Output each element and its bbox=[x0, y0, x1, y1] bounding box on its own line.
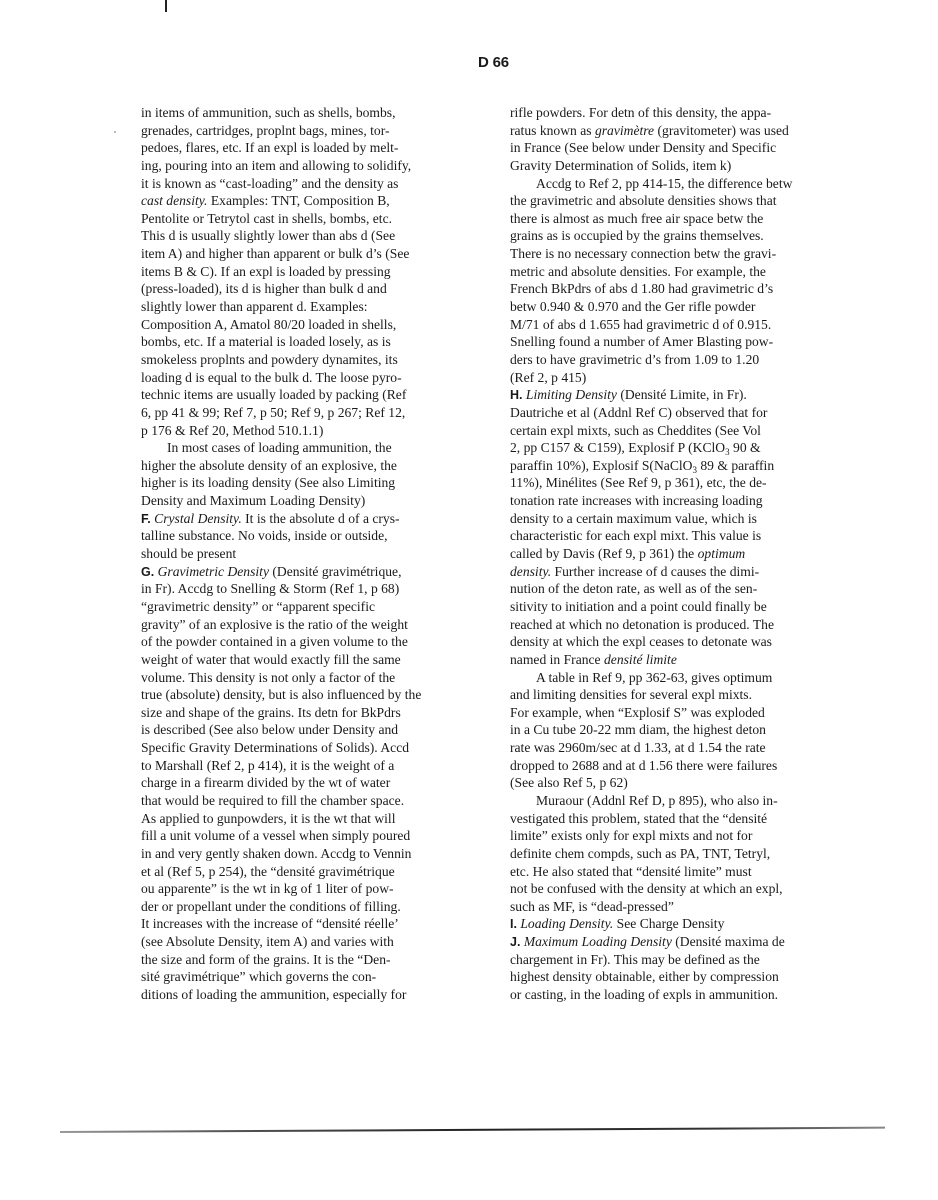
text-line: (Ref 2, p 415) bbox=[510, 369, 855, 387]
scan-speck bbox=[114, 131, 116, 133]
text-line: In most cases of loading ammunition, the bbox=[141, 439, 496, 457]
text-line: loading d is equal to the bulk d. The lo… bbox=[141, 369, 496, 387]
text-line: characteristic for each expl mixt. This … bbox=[510, 527, 855, 545]
text-line: Specific Gravity Determinations of Solid… bbox=[141, 739, 496, 757]
text-run: 89 & paraffin bbox=[697, 458, 774, 473]
text-line: J. Maximum Loading Density (Densité maxi… bbox=[510, 933, 855, 951]
text-line: rate was 2960m/sec at d 1.33, at d 1.54 … bbox=[510, 739, 855, 757]
text-line: “gravimetric density” or “apparent speci… bbox=[141, 598, 496, 616]
text-line: higher the absolute density of an explos… bbox=[141, 457, 496, 475]
text-line: paraffin 10%), Explosif S(NaClO3 89 & pa… bbox=[510, 457, 855, 475]
text-line: called by Davis (Ref 9, p 361) the optim… bbox=[510, 545, 855, 563]
text-line: nution of the deton rate, as well as of … bbox=[510, 580, 855, 598]
text-line: bombs, etc. If a material is loaded lose… bbox=[141, 333, 496, 351]
text-line: density to a certain maximum value, whic… bbox=[510, 510, 855, 528]
text-line: talline substance. No voids, inside or o… bbox=[141, 527, 496, 545]
text-line: G. Gravimetric Density (Densité gravimét… bbox=[141, 563, 496, 581]
text-run: (Densité Limite, in Fr). bbox=[617, 387, 747, 402]
text-line: limite” exists only for expl mixts and n… bbox=[510, 827, 855, 845]
italic-term: Crystal Density. bbox=[154, 511, 242, 526]
section-letter: I. bbox=[510, 917, 517, 931]
text-line: in items of ammunition, such as shells, … bbox=[141, 104, 496, 122]
text-line: There is no necessary connection betw th… bbox=[510, 245, 855, 263]
right-column: rifle powders. For detn of this density,… bbox=[510, 104, 855, 1004]
text-line: tonation rate increases with increasing … bbox=[510, 492, 855, 510]
text-line: vestigated this problem, stated that the… bbox=[510, 810, 855, 828]
text-line: sité gravimétrique” which governs the co… bbox=[141, 968, 496, 986]
text-line: p 176 & Ref 20, Method 510.1.1) bbox=[141, 422, 496, 440]
text-line: It increases with the increase of “densi… bbox=[141, 915, 496, 933]
text-line: weight of water that would exactly fill … bbox=[141, 651, 496, 669]
text-line: As applied to gunpowders, it is the wt t… bbox=[141, 810, 496, 828]
section-letter: J. bbox=[510, 935, 520, 949]
page-number: D 66 bbox=[478, 54, 509, 71]
text-line: ders to have gravimetric d’s from 1.09 t… bbox=[510, 351, 855, 369]
text-line: technic items are usually loaded by pack… bbox=[141, 386, 496, 404]
text-line: items B & C). If an expl is loaded by pr… bbox=[141, 263, 496, 281]
text-line: such as MF, is “dead-pressed” bbox=[510, 898, 855, 916]
text-run: See Charge Density bbox=[613, 916, 724, 931]
text-run: (gravitometer) was used bbox=[654, 123, 789, 138]
text-line: Composition A, Amatol 80/20 loaded in sh… bbox=[141, 316, 496, 334]
text-line: et al (Ref 5, p 254), the “densité gravi… bbox=[141, 863, 496, 881]
text-run: paraffin 10%), Explosif S(NaClO bbox=[510, 458, 692, 473]
text-line: M/71 of abs d 1.655 had gravimetric d of… bbox=[510, 316, 855, 334]
text-line: (See also Ref 5, p 62) bbox=[510, 774, 855, 792]
left-column: in items of ammunition, such as shells, … bbox=[141, 104, 496, 1004]
text-line: should be present bbox=[141, 545, 496, 563]
text-line: in a Cu tube 20-22 mm diam, the highest … bbox=[510, 721, 855, 739]
text-line: definite chem compds, such as PA, TNT, T… bbox=[510, 845, 855, 863]
text-line: slightly lower than apparent d. Examples… bbox=[141, 298, 496, 316]
text-line: chargement in Fr). This may be defined a… bbox=[510, 951, 855, 969]
text-line: density at which the expl ceases to deto… bbox=[510, 633, 855, 651]
text-line: Accdg to Ref 2, pp 414-15, the differenc… bbox=[510, 175, 855, 193]
text-line: item A) and higher than apparent or bulk… bbox=[141, 245, 496, 263]
text-line: and limiting densities for several expl … bbox=[510, 686, 855, 704]
italic-term: optimum bbox=[698, 546, 746, 561]
text-line: I. Loading Density. See Charge Density bbox=[510, 915, 855, 933]
text-line: etc. He also stated that “densité limite… bbox=[510, 863, 855, 881]
italic-term: cast density. bbox=[141, 193, 207, 208]
text-line: sitivity to initiation and a point could… bbox=[510, 598, 855, 616]
text-line: 2, pp C157 & C159), Explosif P (KClO3 90… bbox=[510, 439, 855, 457]
text-line: grenades, cartridges, proplnt bags, mine… bbox=[141, 122, 496, 140]
section-letter: G. bbox=[141, 565, 154, 579]
text-line: there is almost as much free air space b… bbox=[510, 210, 855, 228]
text-line: betw 0.940 & 0.970 and the Ger rifle pow… bbox=[510, 298, 855, 316]
text-line: Muraour (Addnl Ref D, p 895), who also i… bbox=[510, 792, 855, 810]
text-line: charge in a firearm divided by the wt of… bbox=[141, 774, 496, 792]
text-line: volume. This density is not only a facto… bbox=[141, 669, 496, 687]
text-line: Dautriche et al (Addnl Ref C) observed t… bbox=[510, 404, 855, 422]
section-letter: F. bbox=[141, 512, 151, 526]
text-line: Pentolite or Tetrytol cast in shells, bo… bbox=[141, 210, 496, 228]
text-line: fill a unit volume of a vessel when simp… bbox=[141, 827, 496, 845]
text-line: that would be required to fill the chamb… bbox=[141, 792, 496, 810]
text-line: named in France densité limite bbox=[510, 651, 855, 669]
text-line: grains as is occupied by the grains them… bbox=[510, 227, 855, 245]
text-line: it is known as “cast-loading” and the de… bbox=[141, 175, 496, 193]
text-line: higher is its loading density (See also … bbox=[141, 474, 496, 492]
text-line: For example, when “Explosif S” was explo… bbox=[510, 704, 855, 722]
text-line: cast density. Examples: TNT, Composition… bbox=[141, 192, 496, 210]
text-line: certain expl mixts, such as Cheddites (S… bbox=[510, 422, 855, 440]
text-line: in and very gently shaken down. Accdg to… bbox=[141, 845, 496, 863]
section-letter: H. bbox=[510, 388, 523, 402]
text-line: the gravimetric and absolute densities s… bbox=[510, 192, 855, 210]
text-line: smokeless proplnts and powdery dynamites… bbox=[141, 351, 496, 369]
italic-term: Gravimetric Density bbox=[158, 564, 269, 579]
text-line: 6, pp 41 & 99; Ref 7, p 50; Ref 9, p 267… bbox=[141, 404, 496, 422]
text-line: true (absolute) density, but is also inf… bbox=[141, 686, 496, 704]
text-line: Density and Maximum Loading Density) bbox=[141, 492, 496, 510]
text-run: 90 & bbox=[730, 440, 761, 455]
text-line: reached at which no detonation is produc… bbox=[510, 616, 855, 634]
text-run: ratus known as bbox=[510, 123, 595, 138]
footer-rule bbox=[60, 1127, 885, 1133]
text-line: French BkPdrs of abs d 1.80 had gravimet… bbox=[510, 280, 855, 298]
text-line: rifle powders. For detn of this density,… bbox=[510, 104, 855, 122]
italic-term: gravimètre bbox=[595, 123, 654, 138]
italic-term: Maximum Loading Density bbox=[524, 934, 672, 949]
text-line: size and shape of the grains. Its detn f… bbox=[141, 704, 496, 722]
italic-term: Limiting Density bbox=[526, 387, 617, 402]
text-line: 11%), Minélites (See Ref 9, p 361), etc,… bbox=[510, 474, 855, 492]
text-line: (see Absolute Density, item A) and varie… bbox=[141, 933, 496, 951]
text-line: highest density obtainable, either by co… bbox=[510, 968, 855, 986]
text-run: Examples: TNT, Composition B, bbox=[207, 193, 389, 208]
text-line: Snelling found a number of Amer Blasting… bbox=[510, 333, 855, 351]
text-line: This d is usually slightly lower than ab… bbox=[141, 227, 496, 245]
text-line: to Marshall (Ref 2, p 414), it is the we… bbox=[141, 757, 496, 775]
text-line: der or propellant under the conditions o… bbox=[141, 898, 496, 916]
text-line: of the powder contained in a given volum… bbox=[141, 633, 496, 651]
text-line: not be confused with the density at whic… bbox=[510, 880, 855, 898]
text-line: ditions of loading the ammunition, espec… bbox=[141, 986, 496, 1004]
text-line: Gravity Determination of Solids, item k) bbox=[510, 157, 855, 175]
italic-term: Loading Density. bbox=[520, 916, 613, 931]
text-line: ratus known as gravimètre (gravitometer)… bbox=[510, 122, 855, 140]
text-line: the size and form of the grains. It is t… bbox=[141, 951, 496, 969]
text-line: pedoes, flares, etc. If an expl is loade… bbox=[141, 139, 496, 157]
text-line: is described (See also below under Densi… bbox=[141, 721, 496, 739]
text-line: in France (See below under Density and S… bbox=[510, 139, 855, 157]
text-run: 2, pp C157 & C159), Explosif P (KClO bbox=[510, 440, 725, 455]
text-line: or casting, in the loading of expls in a… bbox=[510, 986, 855, 1004]
text-run: named in France bbox=[510, 652, 604, 667]
italic-term: density. bbox=[510, 564, 551, 579]
text-line: F. Crystal Density. It is the absolute d… bbox=[141, 510, 496, 528]
text-run: Further increase of d causes the dimi- bbox=[551, 564, 759, 579]
text-run: (Densité maxima de bbox=[672, 934, 785, 949]
text-line: A table in Ref 9, pp 362-63, gives optim… bbox=[510, 669, 855, 687]
text-line: metric and absolute densities. For examp… bbox=[510, 263, 855, 281]
text-run: called by Davis (Ref 9, p 361) the bbox=[510, 546, 698, 561]
text-line: density. Further increase of d causes th… bbox=[510, 563, 855, 581]
text-line: ing, pouring into an item and allowing t… bbox=[141, 157, 496, 175]
text-line: in Fr). Accdg to Snelling & Storm (Ref 1… bbox=[141, 580, 496, 598]
text-line: ou apparente” is the wt in kg of 1 liter… bbox=[141, 880, 496, 898]
text-run: It is the absolute d of a crys- bbox=[242, 511, 400, 526]
text-line: dropped to 2688 and at d 1.56 there were… bbox=[510, 757, 855, 775]
italic-term: densité limite bbox=[604, 652, 677, 667]
text-line: H. Limiting Density (Densité Limite, in … bbox=[510, 386, 855, 404]
text-line: (press-loaded), its d is higher than bul… bbox=[141, 280, 496, 298]
text-run: (Densité gravimétrique, bbox=[269, 564, 402, 579]
text-line: gravity” of an explosive is the ratio of… bbox=[141, 616, 496, 634]
scan-margin-mark bbox=[165, 0, 167, 12]
